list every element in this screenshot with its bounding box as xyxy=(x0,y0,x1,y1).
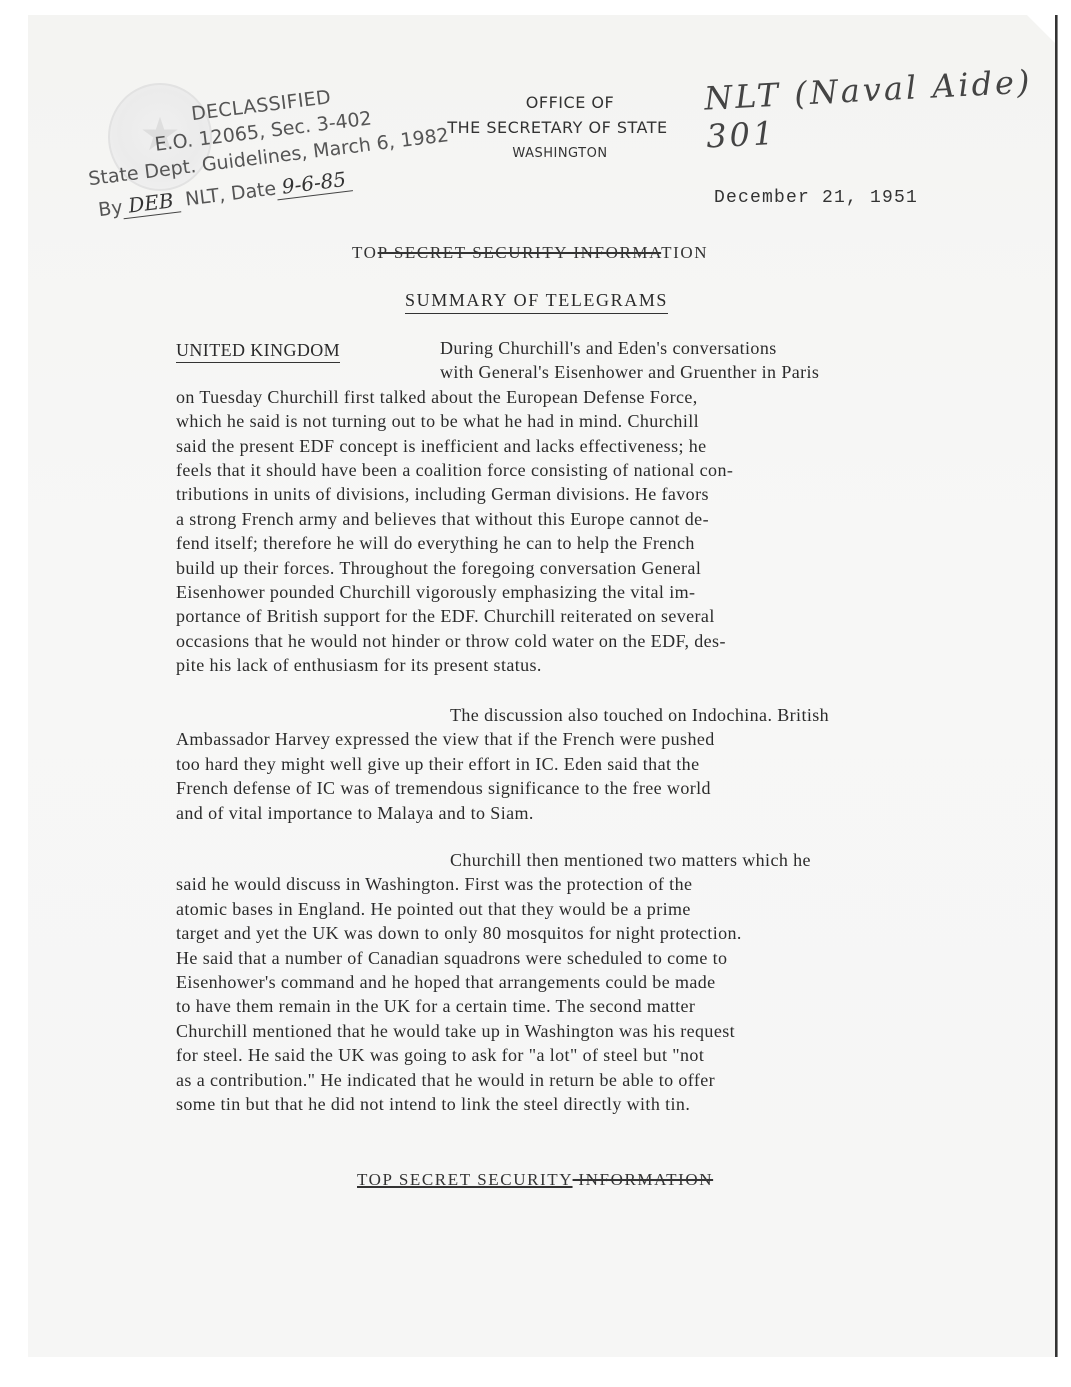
classification-header-tail: TION xyxy=(661,243,708,262)
body-line: too hard they might well give up their e… xyxy=(176,754,699,775)
body-line: portance of British support for the EDF.… xyxy=(176,606,715,627)
body-line: atomic bases in England. He pointed out … xyxy=(176,899,691,920)
body-line: and of vital importance to Malaya and to… xyxy=(176,803,534,824)
page-corner-fold xyxy=(1027,15,1055,43)
classification-header: TOP SECRET SECURITY INFORMATION xyxy=(352,243,708,263)
body-line: some tin but that he did not intend to l… xyxy=(176,1094,690,1115)
body-line: He said that a number of Canadian squadr… xyxy=(176,948,727,969)
body-line: The discussion also touched on Indochina… xyxy=(450,705,829,726)
body-line: Eisenhower's command and he hoped that a… xyxy=(176,972,716,993)
body-line: as a contribution." He indicated that he… xyxy=(176,1070,715,1091)
document-date: December 21, 1951 xyxy=(714,188,918,208)
document-title: SUMMARY OF TELEGRAMS xyxy=(405,290,668,314)
letterhead-city: WASHINGTON xyxy=(470,146,650,161)
body-line: which he said is not turning out to be w… xyxy=(176,411,699,432)
body-line: tributions in units of divisions, includ… xyxy=(176,484,709,505)
body-line: said the present EDF concept is ineffici… xyxy=(176,436,707,457)
letterhead-office: OFFICE OF xyxy=(440,93,700,112)
classification-footer-underlined: TOP SECRET SECURITY xyxy=(357,1170,573,1189)
body-line: to have them remain in the UK for a cert… xyxy=(176,996,695,1017)
classification-header-plain: TO xyxy=(352,243,378,262)
body-line: Churchill then mentioned two matters whi… xyxy=(450,850,811,871)
body-line: occasions that he would not hinder or th… xyxy=(176,631,726,652)
stamp-agency-date-label: NLT, Date xyxy=(184,178,277,211)
body-line: a strong French army and believes that w… xyxy=(176,509,709,530)
body-line: Eisenhower pounded Churchill vigorously … xyxy=(176,582,695,603)
body-line: with General's Eisenhower and Gruenther … xyxy=(440,362,819,383)
body-line: French defense of IC was of tremendous s… xyxy=(176,778,711,799)
classification-footer: TOP SECRET SECURITY INFORMATION xyxy=(357,1170,713,1190)
body-line: build up their forces. Throughout the fo… xyxy=(176,558,701,579)
body-line: said he would discuss in Washington. Fir… xyxy=(176,874,692,895)
classification-footer-struck: INFORMATION xyxy=(573,1170,714,1189)
body-line: Ambassador Harvey expressed the view tha… xyxy=(176,729,715,750)
body-line: Churchill mentioned that he would take u… xyxy=(176,1021,735,1042)
body-line: During Churchill's and Eden's conversati… xyxy=(440,338,777,359)
body-line: fend itself; therefore he will do everyt… xyxy=(176,533,695,554)
body-line: for steel. He said the UK was going to a… xyxy=(176,1045,704,1066)
stamp-by-initials: DEB xyxy=(121,187,181,219)
classification-header-struck: P SECRET SECURITY INFORMA xyxy=(378,243,662,262)
body-line: on Tuesday Churchill first talked about … xyxy=(176,387,698,408)
stamp-date-value: 9-6-85 xyxy=(274,166,353,200)
body-line: target and yet the UK was down to only 8… xyxy=(176,923,742,944)
section-heading-united-kingdom: UNITED KINGDOM xyxy=(176,340,340,363)
body-line: pite his lack of enthusiasm for its pres… xyxy=(176,655,542,676)
body-line: feels that it should have been a coaliti… xyxy=(176,460,733,481)
stamp-by-label: By xyxy=(97,196,124,221)
